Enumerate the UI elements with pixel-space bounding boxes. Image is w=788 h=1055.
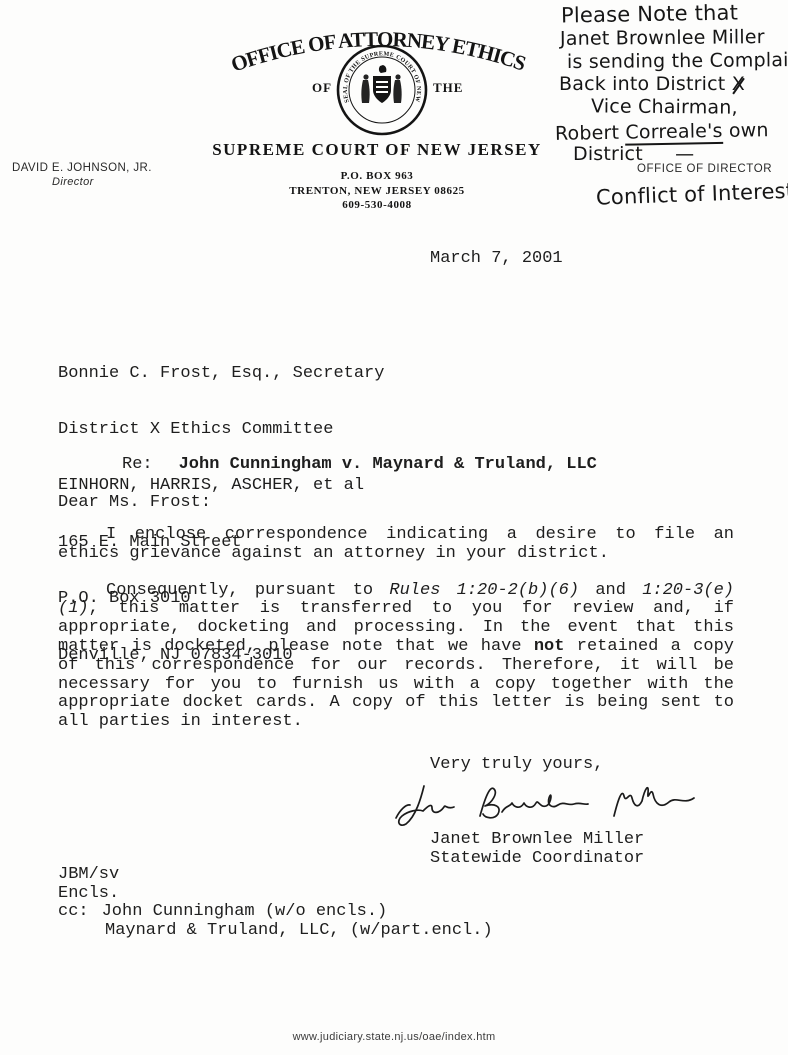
handwritten-district-word: District bbox=[573, 143, 643, 165]
signer-typed-title: Statewide Coordinator bbox=[430, 850, 644, 869]
handwritten-note-line-6c: own bbox=[722, 119, 768, 142]
scanned-letter-page: OFFICE OF ATTORNEY ETHICS SEAL OF THE SU… bbox=[0, 0, 788, 1055]
letterhead-org-name: SUPREME COURT OF NEW JERSEY bbox=[162, 140, 592, 160]
letterhead-phone: 609-530-4008 bbox=[162, 198, 592, 213]
cc-label: cc: bbox=[58, 902, 89, 921]
cc-recipient-1: John Cunningham (w/o encls.) bbox=[102, 902, 388, 921]
para2-run: and bbox=[579, 581, 642, 600]
re-label: Re: bbox=[122, 455, 153, 474]
cc-recipient-2: Maynard & Truland, LLC, (w/part.encl.) bbox=[105, 922, 493, 941]
letter-date: March 7, 2001 bbox=[430, 250, 563, 269]
supreme-court-seal: SEAL OF THE SUPREME COURT OF NEW JERSEY bbox=[336, 44, 428, 136]
footer-url: www.judiciary.state.nj.us/oae/index.htm bbox=[0, 1031, 788, 1043]
body-paragraph-1: I enclose correspondence indicating a de… bbox=[58, 526, 734, 564]
recipient-line: District X Ethics Committee bbox=[58, 421, 384, 440]
handwritten-struck-x: X bbox=[732, 73, 745, 95]
signer-typed-name: Janet Brownlee Miller bbox=[430, 831, 644, 850]
handwritten-note-line-6: Robert Correale's own bbox=[555, 119, 769, 145]
handwritten-note-line-5: Vice Chairman, bbox=[591, 95, 738, 118]
enclosures-note: Encls. bbox=[58, 885, 119, 904]
handwritten-note-line-2: Janet Brownlee Miller bbox=[560, 26, 765, 50]
handwritten-note-line-3: is sending the Complaint bbox=[567, 49, 788, 73]
para2-run: Consequently, pursuant to bbox=[106, 581, 389, 600]
handwritten-signature bbox=[388, 774, 700, 832]
handwritten-note-line-1: Please Note that bbox=[561, 0, 738, 27]
para2-rule-citation: Rules 1:20-2(b)(6) bbox=[389, 581, 579, 600]
letterhead-contact-block: P.O. BOX 963 TRENTON, NEW JERSEY 08625 6… bbox=[162, 169, 592, 213]
letterhead-city-line: TRENTON, NEW JERSEY 08625 bbox=[162, 184, 592, 199]
handwritten-note-line-7: District — bbox=[573, 143, 694, 165]
director-name-block: DAVID E. JOHNSON, JR. Director bbox=[12, 162, 212, 188]
recipient-line: Bonnie C. Frost, Esq., Secretary bbox=[58, 365, 384, 384]
re-line: Re:John Cunningham v. Maynard & Truland,… bbox=[122, 456, 597, 475]
letter-body: I enclose correspondence indicating a de… bbox=[58, 526, 734, 732]
cc-line-1: cc:John Cunningham (w/o encls.) bbox=[58, 903, 387, 922]
handwritten-note-line-4: Back into District X bbox=[559, 73, 745, 95]
letterhead-of-word: OF bbox=[312, 80, 332, 96]
re-case-name: John Cunningham v. Maynard & Truland, LL… bbox=[179, 455, 597, 474]
handwritten-note-line-6a: Robert bbox=[555, 122, 626, 145]
handwritten-underlined-name: Correale's bbox=[625, 120, 723, 146]
handwritten-note-line-4-text: Back into District bbox=[559, 73, 732, 95]
reference-initials: JBM/sv bbox=[58, 866, 119, 885]
closing-phrase: Very truly yours, bbox=[430, 756, 603, 775]
para2-not-emphasis: not bbox=[534, 637, 565, 656]
salutation: Dear Ms. Frost: bbox=[58, 494, 211, 513]
handwritten-conflict-note: Conflict of Interest? bbox=[596, 178, 788, 209]
letterhead-the-word: THE bbox=[433, 80, 463, 96]
handwritten-dash: — bbox=[675, 143, 694, 165]
letterhead-po-box: P.O. BOX 963 bbox=[162, 169, 592, 184]
director-name: DAVID E. JOHNSON, JR. bbox=[12, 162, 212, 174]
director-title: Director bbox=[12, 176, 212, 188]
body-paragraph-2: Consequently, pursuant to Rules 1:20-2(b… bbox=[58, 582, 734, 732]
